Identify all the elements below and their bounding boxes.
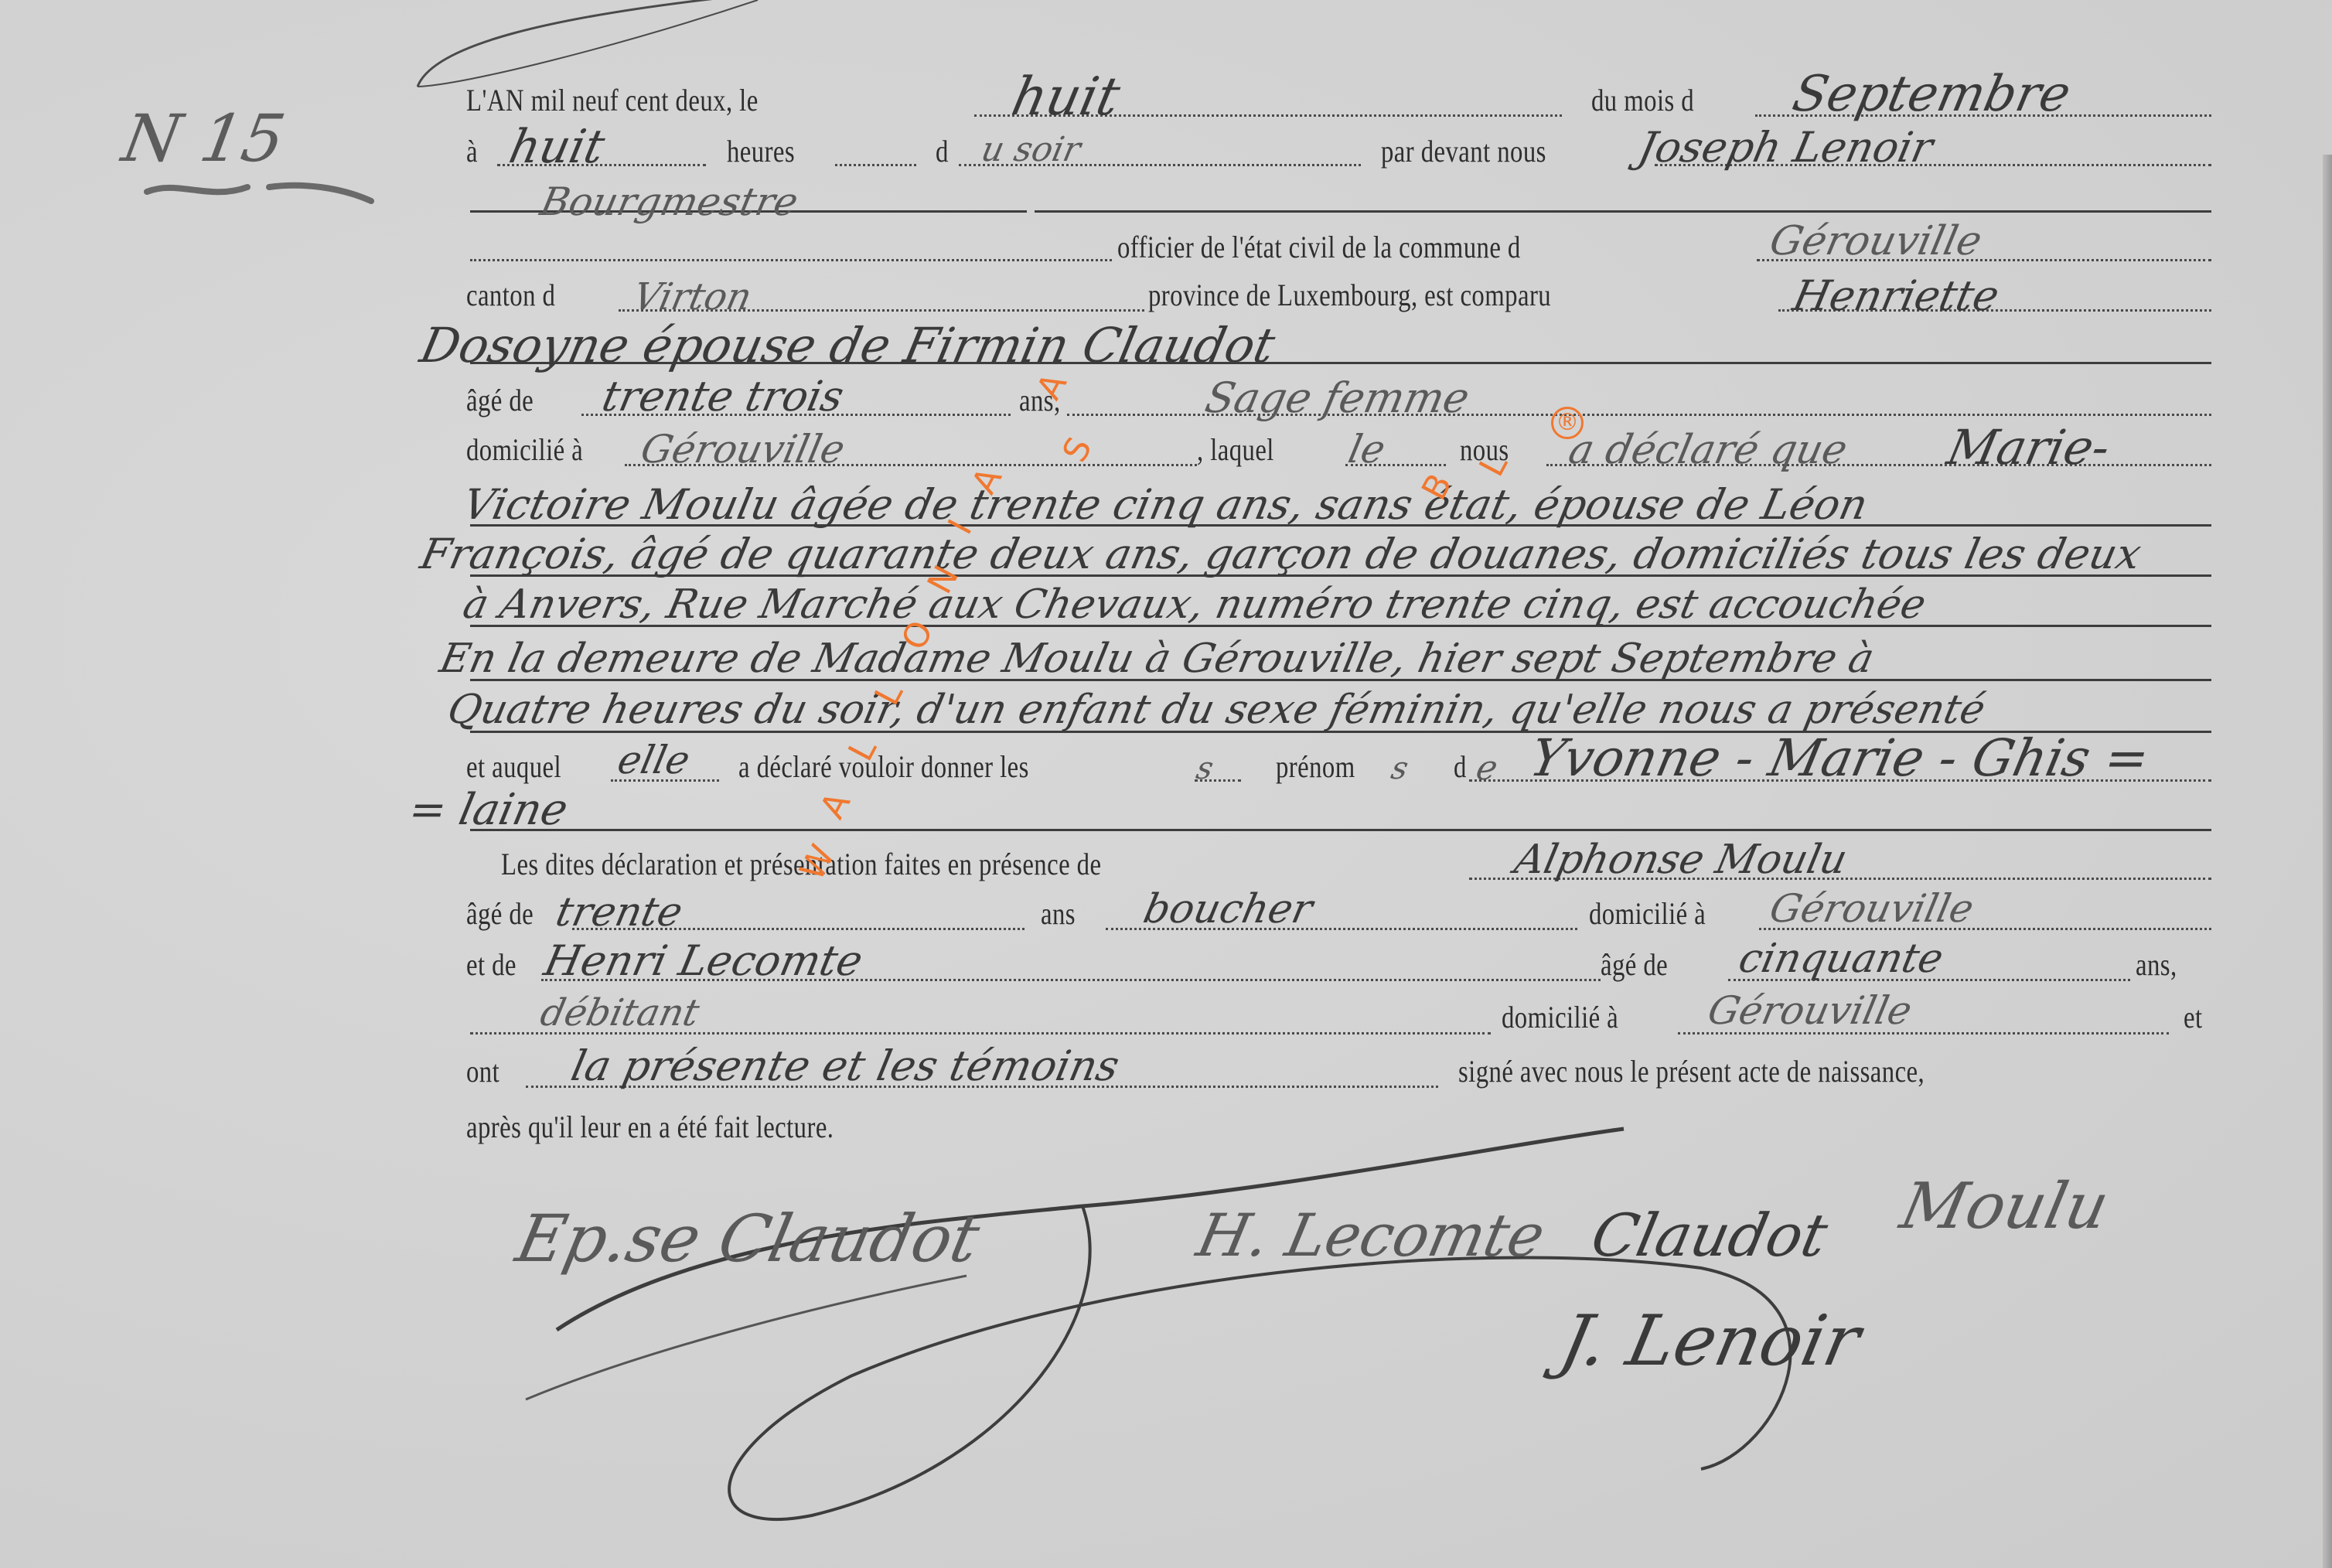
field-day: huit xyxy=(1007,71,1124,124)
rule-line4a xyxy=(470,259,1112,261)
form-line14-prenom: prénom xyxy=(1276,752,1355,782)
field-plural-line1 xyxy=(1195,779,1241,782)
field-gender-line xyxy=(1345,464,1446,466)
form-line17-dom: domicilié à xyxy=(1589,898,1706,929)
field-signatories: la présente et les témoins xyxy=(568,1045,1123,1087)
field-canton: Virton xyxy=(630,278,755,315)
form-line14-mid: a déclaré vouloir donner les xyxy=(738,752,1029,782)
handwritten-line10: François, âgé de quarante deux ans, garç… xyxy=(417,533,2144,575)
field-given-names: Yvonne - Marie - Ghis = xyxy=(1526,733,2153,784)
field-declared: a déclaré que xyxy=(1565,430,1850,470)
handwritten-line13: Quatre heures du soir, d'un enfant du se… xyxy=(444,690,1988,730)
rule-line15 xyxy=(470,829,2211,831)
field-heures-line xyxy=(835,164,916,166)
form-line17-prefix: âgé de xyxy=(466,898,534,929)
field-commune: Gérouville xyxy=(1766,221,1985,261)
signature-officer: J. Lenoir xyxy=(1554,1307,1865,1376)
form-line5-mid: province de Luxembourg, est comparu xyxy=(1148,280,1551,311)
entry-number: N 15 xyxy=(117,101,290,176)
form-line2-mid: par devant nous xyxy=(1381,136,1546,167)
field-witness1-age: trente xyxy=(552,892,686,932)
field-age: trente trois xyxy=(598,376,847,418)
field-pronoun: elle xyxy=(615,741,694,779)
form-line19-dom: domicilié à xyxy=(1502,1002,1618,1033)
field-period: u soir xyxy=(978,133,1083,167)
form-line14-prefix: et auquel xyxy=(466,752,561,782)
form-line18-mid: âgé de xyxy=(1601,949,1668,980)
field-witness1-profession: boucher xyxy=(1140,889,1315,929)
form-line1-prefix: L'AN mil neuf cent deux, le xyxy=(466,85,759,116)
field-given-names-cont: = laine xyxy=(405,789,571,832)
form-line2-prefix: à xyxy=(466,136,478,167)
form-line2-heures: heures xyxy=(727,136,795,167)
field-officer: Joseph Lenoir xyxy=(1635,127,1936,169)
field-hour: huit xyxy=(506,124,609,170)
watermark-registered-icon: ® xyxy=(1551,407,1584,439)
field-witness1-residence: Gérouville xyxy=(1767,889,1977,928)
field-officer-title: Bourgmestre xyxy=(537,182,802,221)
field-witness2-age: cinquante xyxy=(1735,939,1946,979)
rule-line3b xyxy=(1035,210,2211,213)
field-witness2: Henri Lecomte xyxy=(540,940,866,982)
field-mother-first: Marie- xyxy=(1943,424,2114,472)
form-line8-laquel: , laquel xyxy=(1197,435,1274,465)
field-month: Septembre xyxy=(1788,70,2075,119)
form-line18-prefix: et de xyxy=(466,949,517,980)
form-line4-text: officier de l'état civil de la commune d xyxy=(1117,232,1521,263)
field-witness2-residence: Gérouville xyxy=(1705,991,1915,1030)
field-witness2-profession: débitant xyxy=(537,994,703,1031)
handwritten-line9: Victoire Moulu âgée de trente cinq ans, … xyxy=(459,484,1871,526)
form-line8-prefix: domicilié à xyxy=(466,435,583,465)
signature-claudot: Claudot xyxy=(1587,1206,1833,1265)
form-line1-mid: du mois d xyxy=(1591,85,1694,116)
form-line5-prefix: canton d xyxy=(466,280,555,311)
form-line14-de: d xyxy=(1454,752,1467,782)
form-line20-rest: signé avec nous le présent acte de naiss… xyxy=(1458,1056,1925,1087)
signature-witness2: H. Lecomte xyxy=(1192,1206,1550,1265)
field-declarant-rest: Dosoyne épouse de Firmin Claudot xyxy=(416,322,1279,370)
field-profession: Sage femme xyxy=(1202,377,1473,419)
form-line20-prefix: ont xyxy=(466,1056,499,1087)
form-line21-text: après qu'il leur en a été fait lecture. xyxy=(466,1112,834,1143)
form-line2-d: d xyxy=(936,136,949,167)
field-residence: Gérouville xyxy=(638,430,848,469)
handwritten-line12: En la demeure de Madame Moulu à Gérouvil… xyxy=(436,639,1877,679)
field-declarant-first: Henriette xyxy=(1789,275,2003,317)
form-line19-et: et xyxy=(2184,1002,2202,1033)
form-line18-ans: ans, xyxy=(2136,949,2177,980)
field-witness1: Alphonse Moulu xyxy=(1511,840,1850,880)
signature-declarant: Ep.se Claudot xyxy=(511,1206,985,1271)
signature-witness1: Moulu xyxy=(1895,1175,2114,1239)
form-line7-prefix: âgé de xyxy=(466,385,534,416)
handwritten-line11: à Anvers, Rue Marché aux Chevaux, numéro… xyxy=(459,585,1929,625)
form-line17-mid: ans xyxy=(1041,898,1076,929)
